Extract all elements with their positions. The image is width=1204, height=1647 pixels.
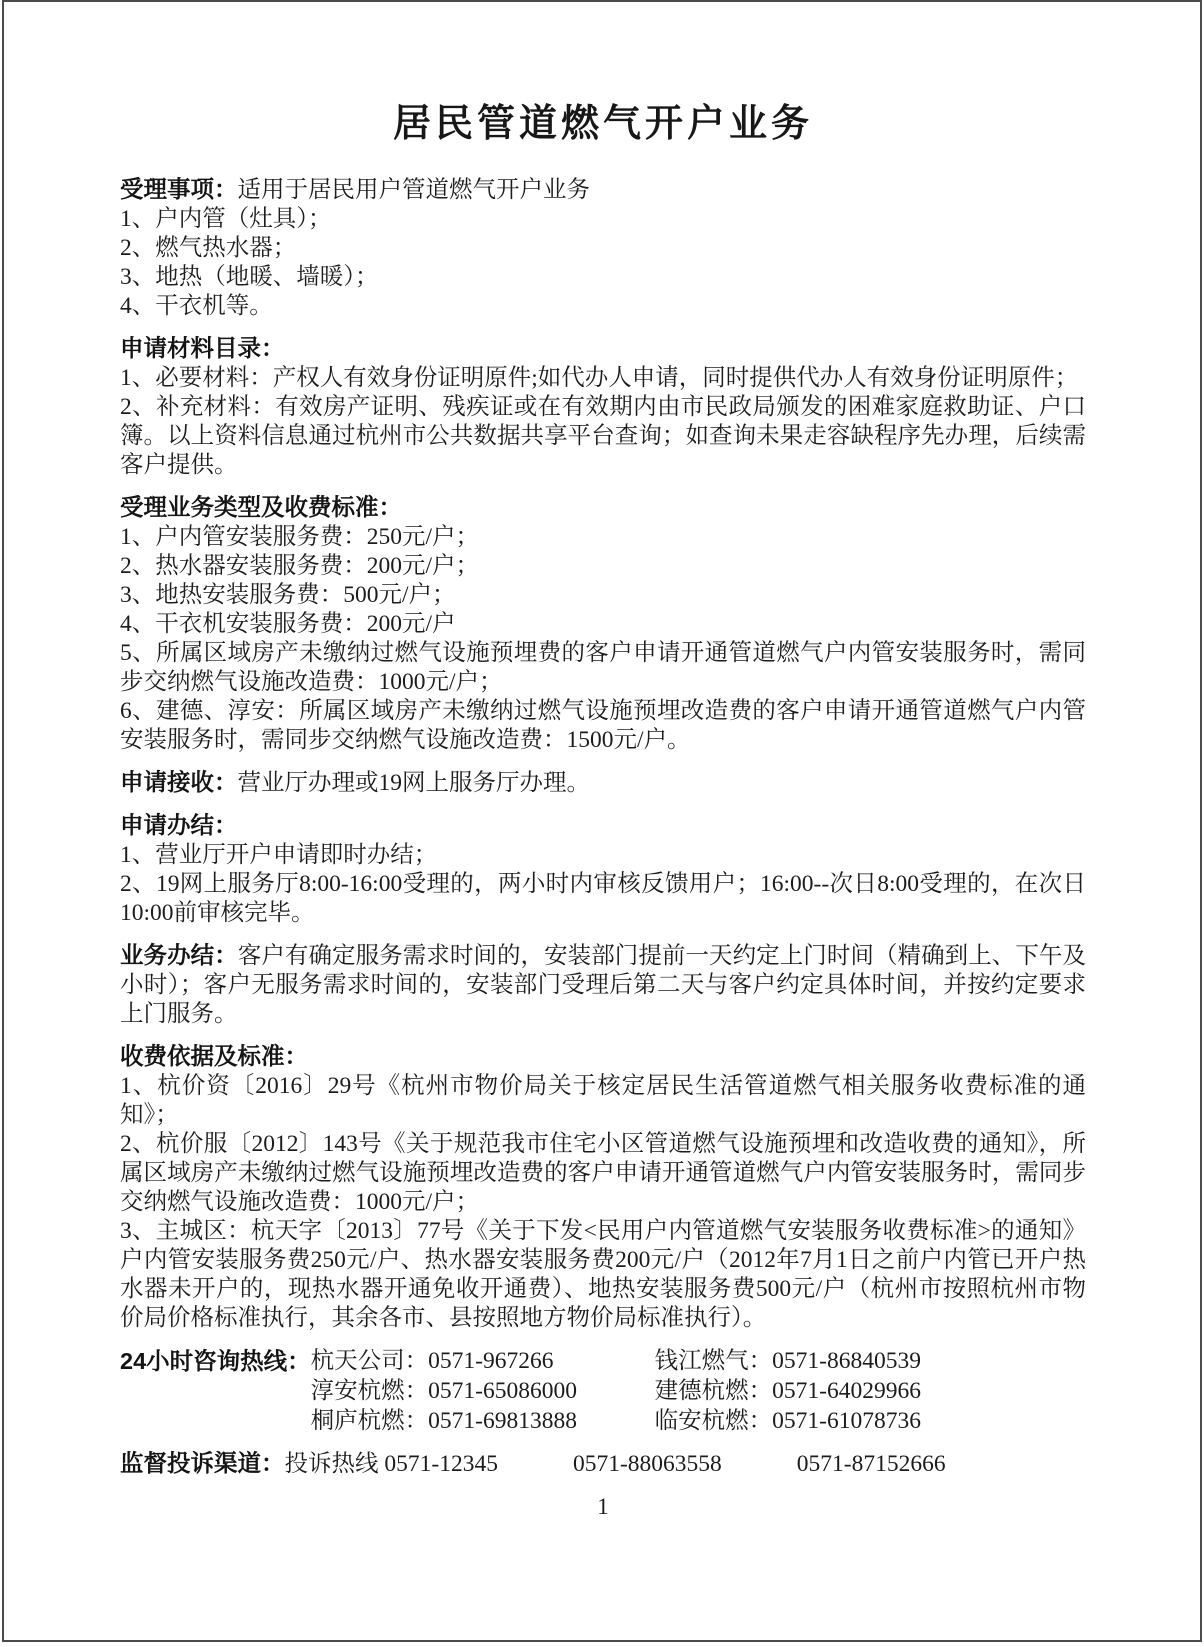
hotline-entry: 桐庐杭燃：0571-69813888 [311, 1406, 655, 1436]
hotline-entry: 临安杭燃：0571-61078736 [655, 1406, 921, 1436]
text-line: 1、户内管安装服务费：250元/户； [120, 523, 1086, 552]
document-page: 居民管道燃气开户业务 受理事项：适用于居民用户管道燃气开户业务 1、户内管（灶具… [2, 0, 1202, 1642]
hotline-table: 杭天公司：0571-967266 钱江燃气：0571-86840539 淳安杭燃… [311, 1346, 921, 1436]
section-accepted-matters: 受理事项：适用于居民用户管道燃气开户业务 1、户内管（灶具）； 2、燃气热水器；… [120, 175, 1086, 321]
text-line: 4、干衣机安装服务费：200元/户 [120, 610, 1086, 639]
document-content: 居民管道燃气开户业务 受理事项：适用于居民用户管道燃气开户业务 1、户内管（灶具… [4, 2, 1200, 1521]
complaint-phone: 0571-88063558 [573, 1450, 722, 1479]
section-complaint-channels: 监督投诉渠道： 投诉热线 0571-12345 0571-88063558 05… [120, 1449, 1086, 1479]
page-title: 居民管道燃气开户业务 [120, 100, 1086, 148]
text-line: 1、营业厅开户申请即时办结； [120, 841, 1086, 870]
section-heading: 申请材料目录： [120, 335, 285, 361]
text-line: 6、建德、淳安：所属区域房产未缴纳过燃气设施预埋改造费的客户申请开通管道燃气户内… [120, 697, 1086, 755]
complaint-phone: 投诉热线 0571-12345 [285, 1450, 498, 1479]
section-lead: 客户有确定服务需求时间的，安装部门提前一天约定上门时间（精确到上、下午及小时）；… [120, 943, 1086, 1027]
section-heading: 受理事项： [120, 176, 238, 202]
text-line: 2、杭价服〔2012〕143号《关于规范我市住宅小区管道燃气设施预埋和改造收费的… [120, 1130, 1086, 1217]
text-line: 2、燃气热水器； [120, 234, 1086, 263]
section-lead-line: 受理事项：适用于居民用户管道燃气开户业务 [120, 175, 1086, 205]
hotline-entry: 淳安杭燃：0571-65086000 [311, 1376, 655, 1406]
section-heading: 申请办结： [120, 812, 238, 838]
section-heading: 收费依据及标准： [120, 1043, 308, 1069]
complaint-label: 监督投诉渠道： [120, 1449, 285, 1478]
text-line: 3、主城区：杭天字〔2013〕77号《关于下发<民用户内管道燃气安装服务收费标准… [120, 1217, 1086, 1333]
text-line: 3、地热（地暖、墙暖）； [120, 263, 1086, 292]
text-line: 2、补充材料：有效房产证明、残疾证或在有效期内由市民政局颁发的困难家庭救助证、户… [120, 393, 1086, 480]
section-lead: 营业厅办理或19网上服务厅办理。 [238, 770, 591, 796]
section-heading: 申请接收： [120, 769, 238, 795]
section-business-types-fees: 受理业务类型及收费标准： 1、户内管安装服务费：250元/户； 2、热水器安装服… [120, 493, 1086, 755]
text-line: 1、户内管（灶具）； [120, 205, 1086, 234]
hotline-entry: 钱江燃气：0571-86840539 [655, 1346, 921, 1376]
section-lead: 适用于居民用户管道燃气开户业务 [238, 177, 591, 203]
section-heading: 业务办结： [120, 942, 238, 968]
section-application-completion: 申请办结： 1、营业厅开户申请即时办结； 2、19网上服务厅8:00-16:00… [120, 811, 1086, 928]
section-heading: 受理业务类型及收费标准： [120, 494, 402, 520]
section-application-materials: 申请材料目录： 1、必要材料：产权人有效身份证明原件;如代办人申请，同时提供代办… [120, 334, 1086, 480]
text-line: 2、19网上服务厅8:00-16:00受理的，两小时内审核反馈用户；16:00-… [120, 870, 1086, 928]
hotline-entry: 建德杭燃：0571-64029966 [655, 1376, 921, 1406]
section-service-completion: 业务办结：客户有确定服务需求时间的，安装部门提前一天约定上门时间（精确到上、下午… [120, 941, 1086, 1029]
text-line: 2、热水器安装服务费：200元/户； [120, 552, 1086, 581]
text-line: 3、地热安装服务费：500元/户； [120, 581, 1086, 610]
text-line: 1、杭价资〔2016〕29号《杭州市物价局关于核定居民生活管道燃气相关服务收费标… [120, 1072, 1086, 1130]
complaint-phone: 0571-87152666 [797, 1450, 946, 1479]
section-hotline: 24小时咨询热线： 杭天公司：0571-967266 钱江燃气：0571-868… [120, 1346, 1086, 1436]
text-line: 5、所属区域房产未缴纳过燃气设施预埋费的客户申请开通管道燃气户内管安装服务时，需… [120, 639, 1086, 697]
section-fee-basis-standards: 收费依据及标准： 1、杭价资〔2016〕29号《杭州市物价局关于核定居民生活管道… [120, 1042, 1086, 1333]
text-line: 1、必要材料：产权人有效身份证明原件;如代办人申请，同时提供代办人有效身份证明原… [120, 364, 1086, 393]
section-application-receiving: 申请接收：营业厅办理或19网上服务厅办理。 [120, 768, 1086, 798]
page-number: 1 [120, 1492, 1086, 1521]
hotline-label: 24小时咨询热线： [120, 1346, 311, 1376]
text-line: 4、干衣机等。 [120, 292, 1086, 321]
hotline-entry: 杭天公司：0571-967266 [311, 1346, 655, 1376]
